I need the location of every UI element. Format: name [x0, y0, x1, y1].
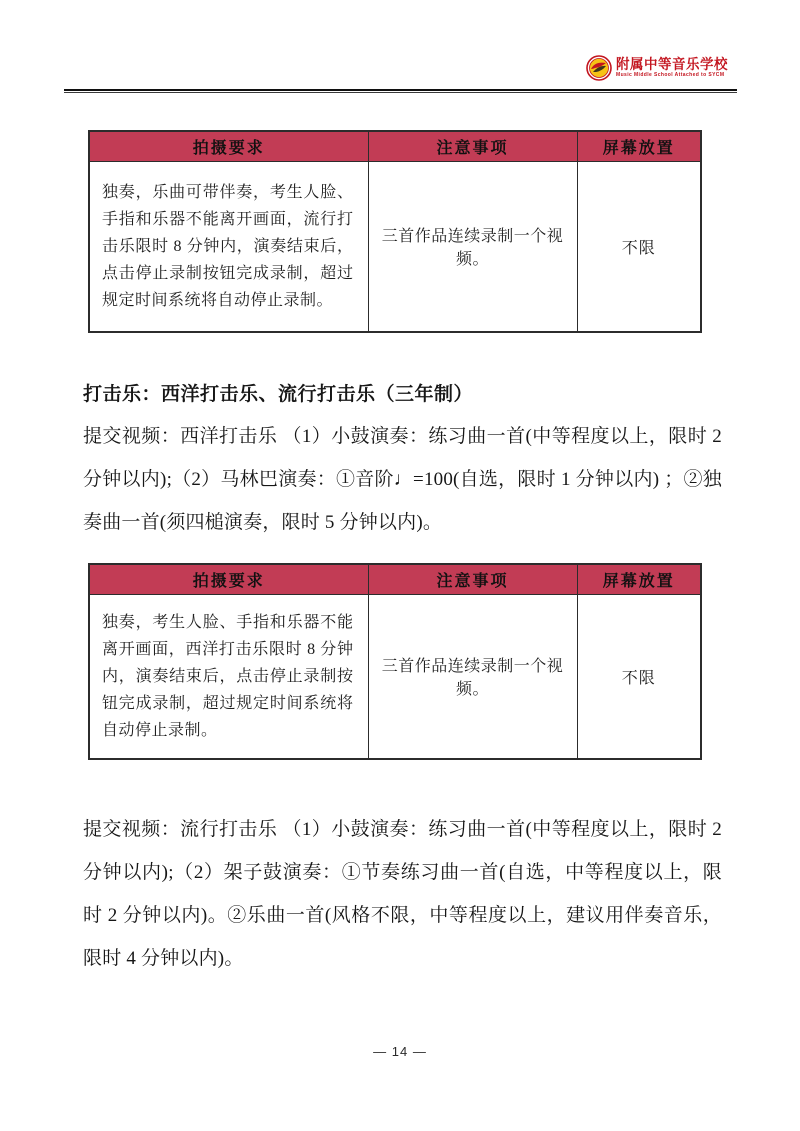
table1-header-row: 拍摄要求 注意事项 屏幕放置: [89, 131, 701, 161]
table1-header-shooting: 拍摄要求: [89, 131, 368, 161]
table1-cell-notes: 三首作品连续录制一个视频。: [368, 161, 577, 332]
table2-cell-notes: 三首作品连续录制一个视频。: [368, 594, 577, 759]
paragraph-western-percussion: 提交视频：西洋打击乐 （1）小鼓演奏：练习曲一首(中等程度以上，限时 2 分钟以…: [83, 415, 722, 544]
section-heading-percussion: 打击乐：西洋打击乐、流行打击乐（三年制）: [83, 379, 723, 406]
school-logo-text: 附属中等音乐学校 Music Middle School Attached to…: [616, 55, 728, 79]
table2-header-row: 拍摄要求 注意事项 屏幕放置: [89, 564, 701, 594]
table1-row: 独奏，乐曲可带伴奏，考生人脸、手指和乐器不能离开画面，流行打击乐限时 8 分钟内…: [89, 161, 701, 332]
school-logo: 附属中等音乐学校 Music Middle School Attached to…: [586, 55, 728, 81]
table2-cell-screen: 不限: [577, 594, 701, 759]
table2-cell-shooting: 独奏，考生人脸、手指和乐器不能离开画面，西洋打击乐限时 8 分钟内，演奏结束后，…: [89, 594, 368, 759]
school-name-chinese: 附属中等音乐学校: [616, 57, 728, 73]
school-emblem-icon: [586, 55, 612, 81]
document-page: 附属中等音乐学校 Music Middle School Attached to…: [0, 0, 800, 1131]
table2-header-shooting: 拍摄要求: [89, 564, 368, 594]
recording-requirements-table-1: 拍摄要求 注意事项 屏幕放置 独奏，乐曲可带伴奏，考生人脸、手指和乐器不能离开画…: [88, 130, 702, 333]
page-number: — 14 —: [0, 1044, 800, 1059]
table1-cell-shooting: 独奏，乐曲可带伴奏，考生人脸、手指和乐器不能离开画面，流行打击乐限时 8 分钟内…: [89, 161, 368, 332]
recording-requirements-table-2: 拍摄要求 注意事项 屏幕放置 独奏，考生人脸、手指和乐器不能离开画面，西洋打击乐…: [88, 563, 702, 760]
table1-header-notes: 注意事项: [368, 131, 577, 161]
table2-row: 独奏，考生人脸、手指和乐器不能离开画面，西洋打击乐限时 8 分钟内，演奏结束后，…: [89, 594, 701, 759]
table2-header-screen: 屏幕放置: [577, 564, 701, 594]
table1-cell-screen: 不限: [577, 161, 701, 332]
table1-header-screen: 屏幕放置: [577, 131, 701, 161]
header-divider: [64, 89, 737, 93]
table2-header-notes: 注意事项: [368, 564, 577, 594]
school-name-english: Music Middle School Attached to SYCM: [616, 72, 728, 79]
paragraph-pop-percussion: 提交视频：流行打击乐 （1）小鼓演奏：练习曲一首(中等程度以上，限时 2 分钟以…: [83, 808, 722, 980]
